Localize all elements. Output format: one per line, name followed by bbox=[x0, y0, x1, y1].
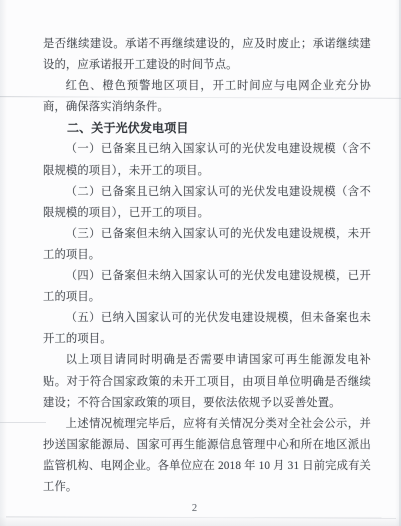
paragraph-red-orange-warning-areas: 红色、橙色预警地区项目，开工时间应与电网企业充分协商，确保落实消纳条件。 bbox=[43, 76, 371, 118]
scanned-document-page: 是否继续建设。承诺不再继续建设的，应及时废止；承诺继续建设的，应承诺报开工建设的… bbox=[0, 0, 401, 526]
list-item-3: （三）已备案但未纳入国家认可的光伏发电建设规模，未开工的项目。 bbox=[43, 224, 371, 266]
paragraph-continued-from-previous-page: 是否继续建设。承诺不再继续建设的，应及时废止；承诺继续建设的，应承诺报开工建设的… bbox=[43, 34, 371, 76]
list-item-1: （一）已备案且已纳入国家认可的光伏发电建设规模（含不限规模的项目），未开工的项目… bbox=[43, 139, 371, 181]
scan-artifact-horizontal-line-left bbox=[0, 422, 46, 423]
paragraph-publicity-and-deadline: 上述情况梳理完毕后，应将有关情况分类对全社会公示，并抄送国家能源局、国家可再生能… bbox=[43, 414, 371, 498]
paragraph-subsidy-clarification: 以上项目请同时明确是否需要申请国家可再生能源发电补贴。对于符合国家政策的未开工项… bbox=[43, 350, 371, 413]
scan-artifact-horizontal-line-bottom bbox=[6, 516, 396, 518]
list-item-5: （五）已纳入国家认可的光伏发电建设规模，但未备案也未开工的项目。 bbox=[43, 308, 371, 350]
section-heading-pv-projects: 二、关于光伏发电项目 bbox=[43, 118, 371, 139]
list-item-4: （四）已备案但未纳入国家认可的光伏发电建设规模，已开工的项目。 bbox=[43, 266, 371, 308]
page-number: 2 bbox=[0, 503, 389, 514]
document-body: 是否继续建设。承诺不再继续建设的，应及时废止；承诺继续建设的，应承诺报开工建设的… bbox=[43, 34, 371, 498]
list-item-2: （二）已备案且已纳入国家认可的光伏发电建设规模（含不限规模的项目），已开工的项目… bbox=[43, 182, 371, 224]
